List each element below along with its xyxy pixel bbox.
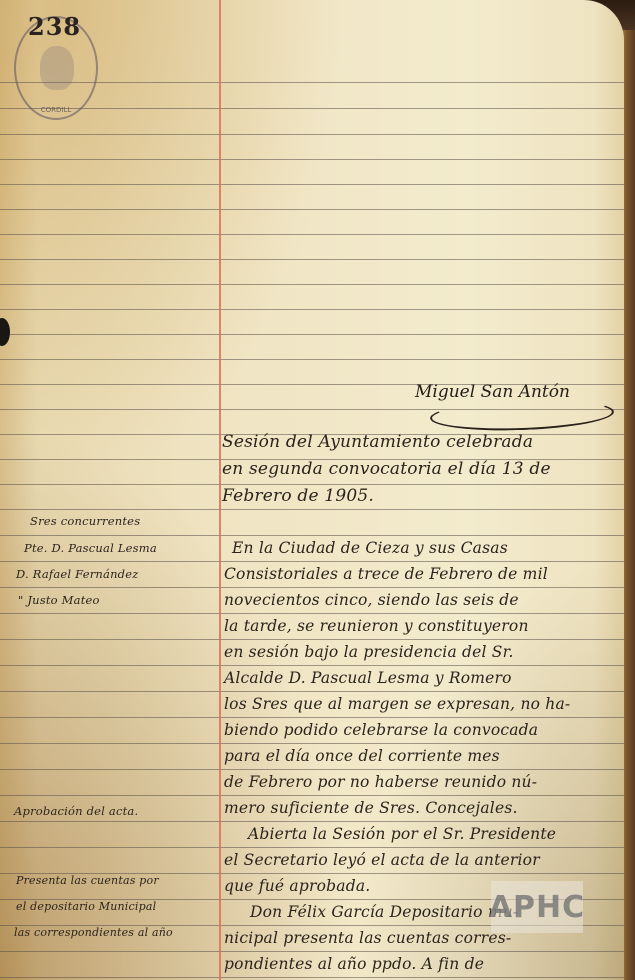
accounts-note-line: Presenta las cuentas por xyxy=(16,874,159,887)
ruled-line xyxy=(0,587,624,588)
archive-watermark: APHC xyxy=(491,881,583,933)
ruled-line xyxy=(0,134,624,135)
ruled-line xyxy=(0,847,624,848)
body-line: biendo podido celebrarse la convocada xyxy=(224,721,538,739)
ruled-line xyxy=(0,309,624,310)
ruled-line xyxy=(0,259,624,260)
session-heading-line: Sesión del Ayuntamiento celebrada xyxy=(222,432,533,452)
body-line: que fué aprobada. xyxy=(224,877,370,895)
ruled-line xyxy=(0,665,624,666)
ledger-page: CORDILL 238 Miguel San Antón Sesión del … xyxy=(0,0,624,980)
ruled-line xyxy=(0,821,624,822)
ruled-line xyxy=(0,334,624,335)
ruled-line xyxy=(0,234,624,235)
session-heading-line: Febrero de 1905. xyxy=(222,486,374,506)
ruled-line xyxy=(0,484,624,485)
body-line: el Secretario leyó el acta de la anterio… xyxy=(224,851,540,869)
body-line: En la Ciudad de Cieza y sus Casas xyxy=(232,539,508,557)
ruled-line xyxy=(0,691,624,692)
ruled-line xyxy=(0,951,624,952)
attendees-heading: Sres concurrentes xyxy=(30,514,140,528)
body-line: mero suficiente de Sres. Concejales. xyxy=(224,799,518,817)
ruled-line xyxy=(0,209,624,210)
ruled-line xyxy=(0,284,624,285)
accounts-note-line: el depositario Municipal xyxy=(16,900,156,913)
red-margin-line xyxy=(219,0,221,980)
ruled-line xyxy=(0,769,624,770)
ruled-line xyxy=(0,359,624,360)
body-line: la tarde, se reunieron y constituyeron xyxy=(224,617,529,635)
binding-hole xyxy=(0,318,10,346)
session-heading-line: en segunda convocatoria el día 13 de xyxy=(222,459,551,479)
body-line: en sesión bajo la presidencia del Sr. xyxy=(224,643,514,661)
body-line: pondientes al año ppdo. A fin de xyxy=(224,955,484,973)
ruled-line xyxy=(0,184,624,185)
attendee-name: Pte. D. Pascual Lesma xyxy=(24,541,157,555)
ruled-line xyxy=(0,509,624,510)
approval-note: Aprobación del acta. xyxy=(14,804,138,818)
ruled-line xyxy=(0,561,624,562)
attendee-name: " Justo Mateo xyxy=(18,593,100,607)
page-number: 238 xyxy=(28,12,81,41)
ruled-line xyxy=(0,977,624,978)
ruled-line xyxy=(0,535,624,536)
signature-flourish xyxy=(430,397,615,433)
body-line: de Febrero por no haberse reunido nú- xyxy=(224,773,537,791)
ruled-line xyxy=(0,795,624,796)
stamp-text: CORDILL xyxy=(16,106,96,114)
body-line: para el día once del corriente mes xyxy=(224,747,500,765)
body-line: los Sres que al margen se expresan, no h… xyxy=(224,695,570,713)
accounts-note-line: las correspondientes al año xyxy=(14,926,173,939)
body-line: Abierta la Sesión por el Sr. Presidente xyxy=(248,825,556,843)
body-line: nicipal presenta las cuentas corres- xyxy=(224,929,511,947)
body-line: Don Félix García Depositario mu- xyxy=(250,903,518,921)
attendee-name: D. Rafael Fernández xyxy=(16,567,139,581)
stamp-emblem-icon xyxy=(40,46,74,90)
ruled-line xyxy=(0,613,624,614)
ruled-line xyxy=(0,639,624,640)
ruled-line xyxy=(0,159,624,160)
body-line: Alcalde D. Pascual Lesma y Romero xyxy=(224,669,512,687)
ruled-line xyxy=(0,717,624,718)
body-line: Consistoriales a trece de Febrero de mil xyxy=(224,565,548,583)
ruled-line xyxy=(0,743,624,744)
body-line: novecientos cinco, siendo las seis de xyxy=(224,591,519,609)
